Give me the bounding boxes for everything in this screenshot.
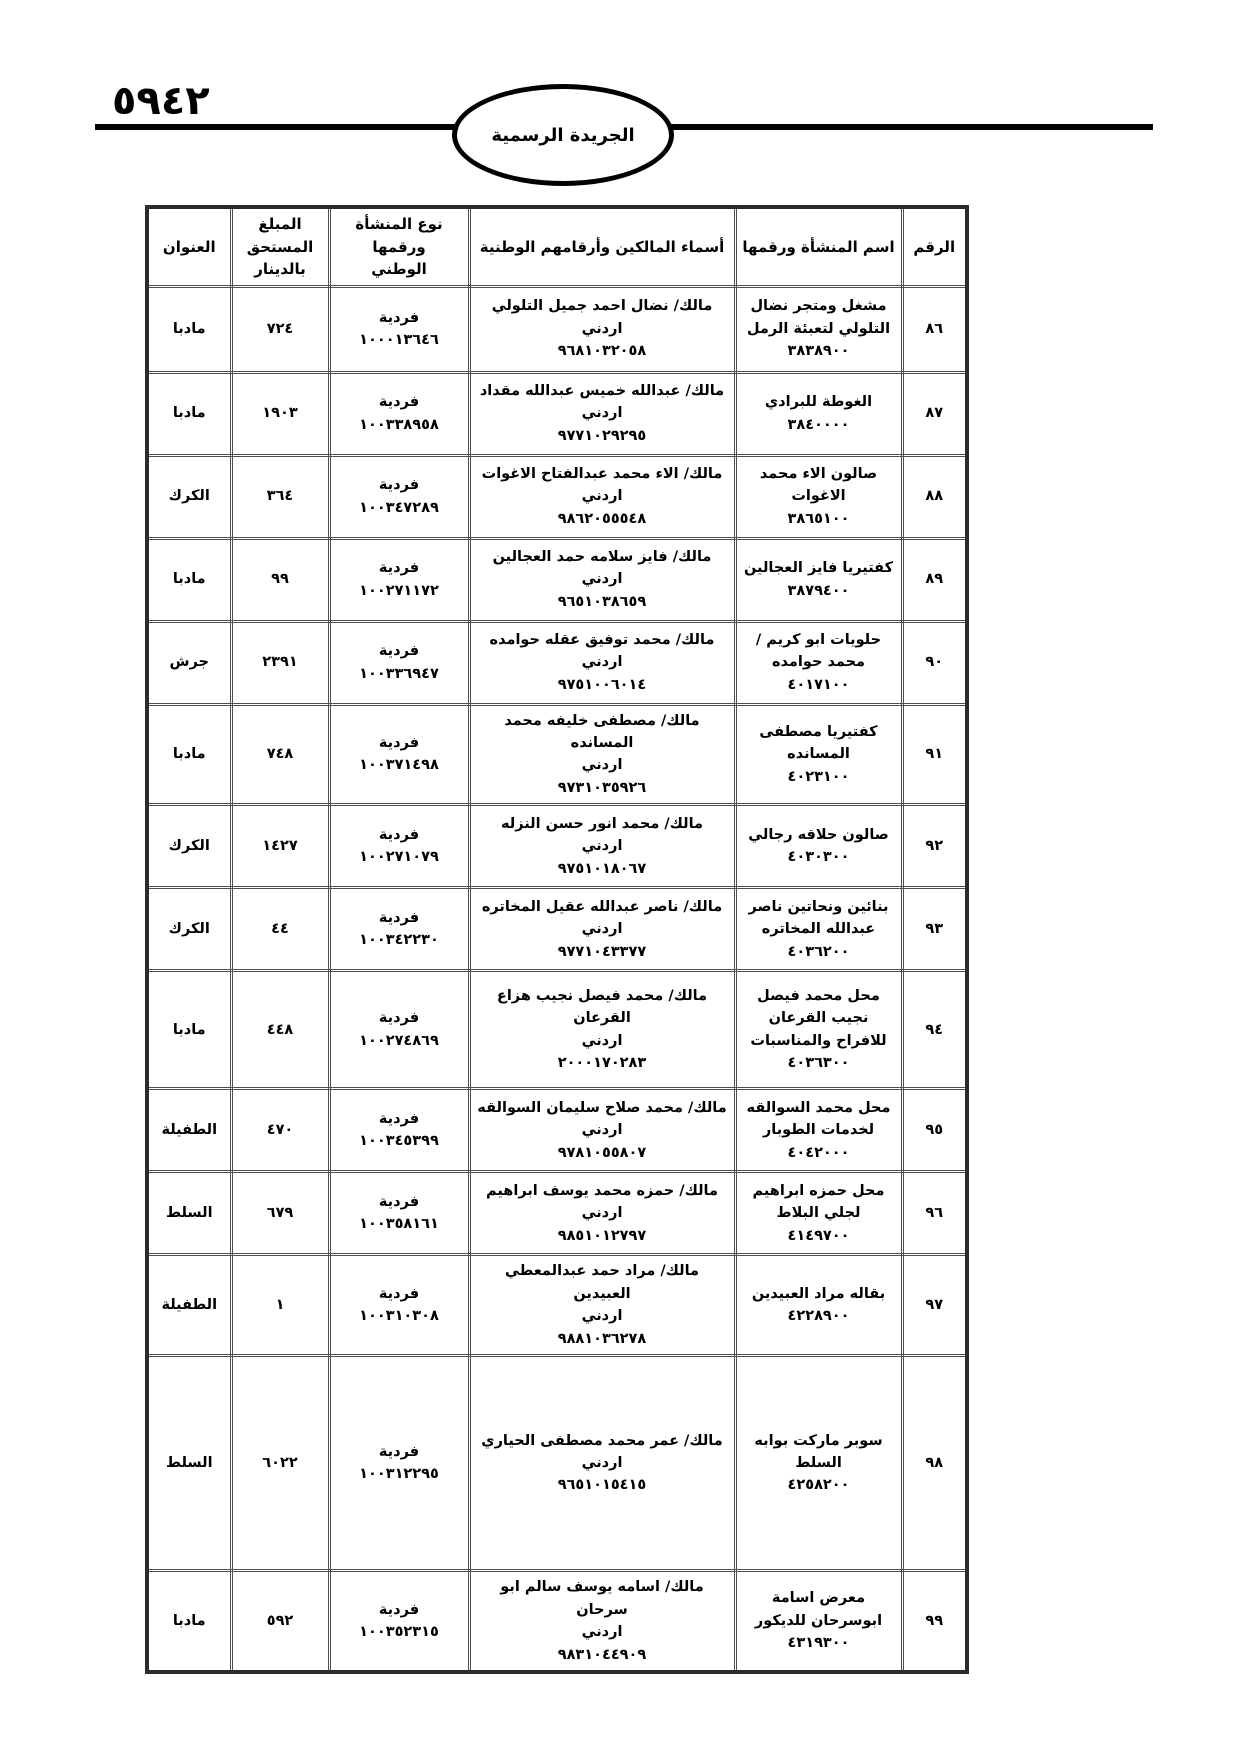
amount-cell-line: ٣٦٤: [238, 485, 323, 507]
amount-cell-line: ١: [238, 1294, 323, 1316]
row-number-cell-line: ٩٣: [909, 918, 961, 940]
establishment-cell: الغوطة للبرادي٣٨٤٠٠٠٠: [735, 372, 902, 455]
establishment-cell-line: ٣٨٦٥١٠٠: [742, 508, 896, 530]
table-row: ٩٠حلويات ابو كريم / محمد حوامده٤٠١٧١٠٠ما…: [147, 621, 967, 704]
header-establishment: اسم المنشأة ورقمها: [735, 207, 902, 286]
amount-cell-line: ٤٧٠: [238, 1119, 323, 1141]
address-cell-line: الكرك: [154, 485, 225, 507]
type-cell-line: ١٠٠٣١٠٣٠٨: [336, 1305, 463, 1327]
owner-cell-line: مالك/ محمد انور حسن النزله: [476, 813, 729, 835]
address-cell: الكرك: [147, 888, 231, 971]
amount-cell-line: ٥٩٢: [238, 1610, 323, 1632]
row-number-cell-line: ٩٦: [909, 1202, 961, 1224]
establishment-cell-line: ٤٠٤٢٠٠٠: [742, 1142, 896, 1164]
address-cell-line: مادبا: [154, 568, 225, 590]
type-cell: فردية١٠٠٣٣٦٩٤٧: [329, 621, 469, 704]
owner-cell-line: ٩٨٨١٠٣٦٢٧٨: [476, 1328, 729, 1350]
type-cell-line: ١٠٠٣٤٧٢٨٩: [336, 497, 463, 519]
type-cell: فردية١٠٠٣٥٨١٦١: [329, 1172, 469, 1255]
row-number-cell-line: ٨٨: [909, 485, 961, 507]
table-row: ٩٩معرض اسامة ابوسرحان للديكور٤٣١٩٣٠٠مالك…: [147, 1571, 967, 1672]
establishment-cell: محل محمد فيصل نجيب القرعان للافراح والمن…: [735, 971, 902, 1089]
owner-cell-line: ٩٦٥١٠١٥٤١٥: [476, 1474, 729, 1496]
address-cell-line: السلط: [154, 1202, 225, 1224]
address-cell-line: مادبا: [154, 318, 225, 340]
type-cell: فردية١٠٠٣١٠٣٠٨: [329, 1255, 469, 1356]
amount-cell: ٥٩٢: [231, 1571, 329, 1672]
row-number-cell-line: ٨٩: [909, 568, 961, 590]
amount-cell: ٧٤٨: [231, 704, 329, 805]
owner-cell-line: ٢٠٠٠١٧٠٢٨٣: [476, 1052, 729, 1074]
address-cell: الطفيلة: [147, 1089, 231, 1172]
type-cell-line: ١٠٠٢٧١٠٧٩: [336, 846, 463, 868]
owner-cell-line: ٩٧٣١٠٣٥٩٢٦: [476, 777, 729, 799]
type-cell: فردية١٠٠٣٣٨٩٥٨: [329, 372, 469, 455]
owner-cell-line: ٩٨٥١٠١٢٧٩٧: [476, 1225, 729, 1247]
table-row: ٨٦مشغل ومتجر نضال التلولي لتعبئة الرمل٣٨…: [147, 286, 967, 372]
type-cell: فردية١٠٠٢٧١١٧٢: [329, 538, 469, 621]
owner-cell-line: مالك/ محمد توفيق عقله حوامده: [476, 629, 729, 651]
amount-cell-line: ١٩٠٣: [238, 402, 323, 424]
establishment-cell: بنائين ونحاتين ناصر عبدالله المخاتره٤٠٣٦…: [735, 888, 902, 971]
row-number-cell-line: ٩٩: [909, 1610, 961, 1632]
owner-cell: مالك/ محمد فيصل نجيب هزاع القرعاناردني٢٠…: [469, 971, 735, 1089]
address-cell-line: مادبا: [154, 1610, 225, 1632]
establishment-cell: حلويات ابو كريم / محمد حوامده٤٠١٧١٠٠: [735, 621, 902, 704]
owner-cell-line: اردني: [476, 754, 729, 776]
table-row: ٨٧الغوطة للبرادي٣٨٤٠٠٠٠مالك/ عبدالله خمي…: [147, 372, 967, 455]
type-cell-line: فردية: [336, 1191, 463, 1213]
owner-cell-line: ٩٧٥١٠١٨٠٦٧: [476, 858, 729, 880]
row-number-cell-line: ٩٠: [909, 651, 961, 673]
establishment-cell-line: ٤٠١٧١٠٠: [742, 674, 896, 696]
establishment-cell: بقاله مراد العبيدين٤٢٢٨٩٠٠: [735, 1255, 902, 1356]
owner-cell-line: اردني: [476, 485, 729, 507]
owner-cell-line: اردني: [476, 1202, 729, 1224]
owner-cell: مالك/ الاء محمد عبدالفتاح الاغواتاردني٩٨…: [469, 455, 735, 538]
owner-cell: مالك/ محمد انور حسن النزلهاردني٩٧٥١٠١٨٠٦…: [469, 805, 735, 888]
address-cell-line: الكرك: [154, 918, 225, 940]
type-cell: فردية١٠٠٣٤٢٢٣٠: [329, 888, 469, 971]
owner-cell-line: اردني: [476, 1452, 729, 1474]
establishment-cell: معرض اسامة ابوسرحان للديكور٤٣١٩٣٠٠: [735, 1571, 902, 1672]
amount-cell: ٢٣٩١: [231, 621, 329, 704]
type-cell-line: فردية: [336, 474, 463, 496]
header-type: نوع المنشأة ورقمها الوطني: [329, 207, 469, 286]
owner-cell-line: مالك/ محمد صلاح سليمان السوالقه: [476, 1097, 729, 1119]
address-cell: جرش: [147, 621, 231, 704]
type-cell: فردية١٠٠٠١٣٦٤٦: [329, 286, 469, 372]
header-amount: المبلغ المستحق بالدينار: [231, 207, 329, 286]
amount-cell-line: ٧٢٤: [238, 318, 323, 340]
type-cell: فردية١٠٠٢٧١٠٧٩: [329, 805, 469, 888]
owner-cell-line: مالك/ نضال احمد جميل التلولي: [476, 295, 729, 317]
row-number-cell-line: ٨٧: [909, 402, 961, 424]
address-cell: مادبا: [147, 1571, 231, 1672]
establishment-cell-line: ٤٣١٩٣٠٠: [742, 1632, 896, 1654]
type-cell-line: فردية: [336, 732, 463, 754]
owner-cell-line: مالك/ حمزه محمد يوسف ابراهيم: [476, 1180, 729, 1202]
establishment-cell-line: كفتيريا مصطفى المسانده: [742, 721, 896, 766]
owner-cell: مالك/ نضال احمد جميل التلولياردني٩٦٨١٠٣٢…: [469, 286, 735, 372]
owner-cell-line: اردني: [476, 568, 729, 590]
table-body: ٨٦مشغل ومتجر نضال التلولي لتعبئة الرمل٣٨…: [147, 286, 967, 1672]
type-cell-line: فردية: [336, 391, 463, 413]
type-cell-line: ١٠٠٣١٢٢٩٥: [336, 1463, 463, 1485]
row-number-cell: ٨٩: [902, 538, 967, 621]
owner-cell-line: مالك/ مراد حمد عبدالمعطي العبيدين: [476, 1260, 729, 1305]
owner-cell-line: ٩٧٧١٠٤٣٣٧٧: [476, 941, 729, 963]
header-number: الرقم: [902, 207, 967, 286]
establishment-cell-line: ٣٨٤٠٠٠٠: [742, 414, 896, 436]
row-number-cell: ٩٥: [902, 1089, 967, 1172]
owner-cell-line: اردني: [476, 1030, 729, 1052]
row-number-cell: ٩٢: [902, 805, 967, 888]
row-number-cell: ٩٩: [902, 1571, 967, 1672]
row-number-cell: ٨٦: [902, 286, 967, 372]
table-row: ٩٢صالون حلاقه رجالي٤٠٣٠٣٠٠مالك/ محمد انو…: [147, 805, 967, 888]
owner-cell: مالك/ محمد توفيق عقله حوامدهاردني٩٧٥١٠٠٦…: [469, 621, 735, 704]
establishment-cell: مشغل ومتجر نضال التلولي لتعبئة الرمل٣٨٣٨…: [735, 286, 902, 372]
type-cell: فردية١٠٠٣١٢٢٩٥: [329, 1356, 469, 1571]
address-cell: السلط: [147, 1356, 231, 1571]
address-cell: مادبا: [147, 286, 231, 372]
establishment-cell: محل حمزه ابراهيم لجلي البلاط٤١٤٩٧٠٠: [735, 1172, 902, 1255]
type-cell: فردية١٠٠٢٧٤٨٦٩: [329, 971, 469, 1089]
establishment-cell-line: بقاله مراد العبيدين: [742, 1283, 896, 1305]
establishment-cell-line: ٤١٤٩٧٠٠: [742, 1225, 896, 1247]
type-cell-line: فردية: [336, 907, 463, 929]
type-cell-line: ١٠٠٣٤٥٣٩٩: [336, 1130, 463, 1152]
owner-cell-line: اردني: [476, 318, 729, 340]
row-number-cell: ٨٨: [902, 455, 967, 538]
type-cell-line: ١٠٠٣٥٨١٦١: [336, 1213, 463, 1235]
amount-cell: ٣٦٤: [231, 455, 329, 538]
table-row: ٨٨صالون الاء محمد الاغوات٣٨٦٥١٠٠مالك/ ال…: [147, 455, 967, 538]
owner-cell-line: مالك/ محمد فيصل نجيب هزاع القرعان: [476, 985, 729, 1030]
type-cell-line: فردية: [336, 557, 463, 579]
owner-cell-line: اردني: [476, 1119, 729, 1141]
owner-cell-line: ٩٧٨١٠٥٥٨٠٧: [476, 1142, 729, 1164]
row-number-cell-line: ٩٤: [909, 1019, 961, 1041]
owner-cell: مالك/ ناصر عبدالله عقيل المخاترهاردني٩٧٧…: [469, 888, 735, 971]
type-cell-line: فردية: [336, 1599, 463, 1621]
row-number-cell-line: ٩٢: [909, 835, 961, 857]
owner-cell-line: ٩٦٥١٠٣٨٦٥٩: [476, 591, 729, 613]
address-cell: مادبا: [147, 538, 231, 621]
address-cell-line: مادبا: [154, 402, 225, 424]
amount-cell-line: ٩٩: [238, 568, 323, 590]
owner-cell-line: مالك/ عمر محمد مصطفى الحياري: [476, 1430, 729, 1452]
owner-cell: مالك/ مراد حمد عبدالمعطي العبيديناردني٩٨…: [469, 1255, 735, 1356]
establishment-cell: محل محمد السوالقه لخدمات الطوبار٤٠٤٢٠٠٠: [735, 1089, 902, 1172]
type-cell: فردية١٠٠٣٥٢٣١٥: [329, 1571, 469, 1672]
address-cell-line: الطفيلة: [154, 1294, 225, 1316]
table-row: ٩٥محل محمد السوالقه لخدمات الطوبار٤٠٤٢٠٠…: [147, 1089, 967, 1172]
establishment-cell: صالون حلاقه رجالي٤٠٣٠٣٠٠: [735, 805, 902, 888]
owner-cell: مالك/ مصطفى خليفه محمد المساندهاردني٩٧٣١…: [469, 704, 735, 805]
type-cell-line: ١٠٠٢٧١١٧٢: [336, 580, 463, 602]
address-cell-line: الطفيلة: [154, 1119, 225, 1141]
owner-cell-line: ٩٦٨١٠٣٢٠٥٨: [476, 340, 729, 362]
establishment-cell-line: ٤٠٢٣١٠٠: [742, 766, 896, 788]
table-row: ٩٧بقاله مراد العبيدين٤٢٢٨٩٠٠مالك/ مراد ح…: [147, 1255, 967, 1356]
table-row: ٩١كفتيريا مصطفى المسانده٤٠٢٣١٠٠مالك/ مصط…: [147, 704, 967, 805]
establishment-cell-line: بنائين ونحاتين ناصر عبدالله المخاتره: [742, 896, 896, 941]
address-cell: مادبا: [147, 971, 231, 1089]
establishment-cell-line: محل محمد السوالقه لخدمات الطوبار: [742, 1097, 896, 1142]
type-cell-line: فردية: [336, 307, 463, 329]
amount-cell: ٧٢٤: [231, 286, 329, 372]
establishment-cell-line: ٤٠٣٦٢٠٠: [742, 941, 896, 963]
type-cell-line: ١٠٠٣٥٢٣١٥: [336, 1621, 463, 1643]
table-row: ٩٣بنائين ونحاتين ناصر عبدالله المخاتره٤٠…: [147, 888, 967, 971]
address-cell-line: السلط: [154, 1452, 225, 1474]
owner-cell-line: ٩٧٧١٠٢٩٢٩٥: [476, 425, 729, 447]
owner-cell-line: اردني: [476, 651, 729, 673]
establishments-table: الرقم اسم المنشأة ورقمها أسماء المالكين …: [145, 205, 969, 1674]
row-number-cell: ٩٠: [902, 621, 967, 704]
establishment-cell-line: معرض اسامة ابوسرحان للديكور: [742, 1587, 896, 1632]
owner-cell: مالك/ اسامه يوسف سالم ابو سرحاناردني٩٨٣١…: [469, 1571, 735, 1672]
establishment-cell: كفتيريا فايز العجالين٣٨٧٩٤٠٠: [735, 538, 902, 621]
gazette-page: ٥٩٤٢ الجريدة الرسمية الرقم اسم المنشأة و…: [0, 0, 1241, 1754]
amount-cell-line: ١٤٢٧: [238, 835, 323, 857]
amount-cell: ١٤٢٧: [231, 805, 329, 888]
address-cell: السلط: [147, 1172, 231, 1255]
establishment-cell-line: كفتيريا فايز العجالين: [742, 557, 896, 579]
table-row: ٩٦محل حمزه ابراهيم لجلي البلاط٤١٤٩٧٠٠مال…: [147, 1172, 967, 1255]
amount-cell: ٩٩: [231, 538, 329, 621]
amount-cell: ١: [231, 1255, 329, 1356]
owner-cell-line: مالك/ مصطفى خليفه محمد المسانده: [476, 710, 729, 755]
type-cell-line: ١٠٠٣٧١٤٩٨: [336, 754, 463, 776]
address-cell: الكرك: [147, 455, 231, 538]
type-cell-line: ١٠٠٣٣٨٩٥٨: [336, 414, 463, 436]
address-cell: الطفيلة: [147, 1255, 231, 1356]
address-cell: الكرك: [147, 805, 231, 888]
type-cell-line: ١٠٠٢٧٤٨٦٩: [336, 1030, 463, 1052]
table-row: ٩٤محل محمد فيصل نجيب القرعان للافراح وال…: [147, 971, 967, 1089]
address-cell-line: الكرك: [154, 835, 225, 857]
type-cell-line: فردية: [336, 824, 463, 846]
header-owners: أسماء المالكين وأرقامهم الوطنية: [469, 207, 735, 286]
address-cell-line: مادبا: [154, 1019, 225, 1041]
table-row: ٩٨سوبر ماركت بوابه السلط٤٢٥٨٢٠٠مالك/ عمر…: [147, 1356, 967, 1571]
owner-cell-line: اردني: [476, 1305, 729, 1327]
row-number-cell-line: ٩٥: [909, 1119, 961, 1141]
owner-cell: مالك/ فايز سلامه حمد العجاليناردني٩٦٥١٠٣…: [469, 538, 735, 621]
amount-cell-line: ٤٤: [238, 918, 323, 940]
row-number-cell-line: ٨٦: [909, 318, 961, 340]
establishment-cell-line: محل حمزه ابراهيم لجلي البلاط: [742, 1180, 896, 1225]
establishment-cell: صالون الاء محمد الاغوات٣٨٦٥١٠٠: [735, 455, 902, 538]
type-cell-line: ١٠٠٣٤٢٢٣٠: [336, 929, 463, 951]
amount-cell: ١٩٠٣: [231, 372, 329, 455]
establishment-cell: سوبر ماركت بوابه السلط٤٢٥٨٢٠٠: [735, 1356, 902, 1571]
page-number: ٥٩٤٢: [112, 78, 210, 124]
establishment-cell-line: ٤٠٣٦٣٠٠: [742, 1052, 896, 1074]
type-cell: فردية١٠٠٣٤٧٢٨٩: [329, 455, 469, 538]
amount-cell: ٤٧٠: [231, 1089, 329, 1172]
address-cell-line: جرش: [154, 651, 225, 673]
row-number-cell: ٩١: [902, 704, 967, 805]
row-number-cell-line: ٩٧: [909, 1294, 961, 1316]
row-number-cell: ٩٤: [902, 971, 967, 1089]
table-header-row: الرقم اسم المنشأة ورقمها أسماء المالكين …: [147, 207, 967, 286]
owner-cell-line: مالك/ اسامه يوسف سالم ابو سرحان: [476, 1576, 729, 1621]
table-row: ٨٩كفتيريا فايز العجالين٣٨٧٩٤٠٠مالك/ فايز…: [147, 538, 967, 621]
type-cell-line: فردية: [336, 1441, 463, 1463]
owner-cell-line: اردني: [476, 918, 729, 940]
type-cell-line: فردية: [336, 1108, 463, 1130]
establishment-cell-line: ٣٨٧٩٤٠٠: [742, 580, 896, 602]
owner-cell-line: اردني: [476, 402, 729, 424]
row-number-cell: ٩٧: [902, 1255, 967, 1356]
owner-cell-line: ٩٨٦٢٠٥٥٥٤٨: [476, 508, 729, 530]
amount-cell: ٤٤٨: [231, 971, 329, 1089]
owner-cell-line: ٩٧٥١٠٠٦٠١٤: [476, 674, 729, 696]
owner-cell-line: مالك/ فايز سلامه حمد العجالين: [476, 546, 729, 568]
establishment-cell-line: سوبر ماركت بوابه السلط: [742, 1430, 896, 1475]
address-cell: مادبا: [147, 372, 231, 455]
owner-cell: مالك/ عمر محمد مصطفى الحيارياردني٩٦٥١٠١٥…: [469, 1356, 735, 1571]
header-address: العنوان: [147, 207, 231, 286]
owner-cell-line: اردني: [476, 1621, 729, 1643]
amount-cell: ٦٧٩: [231, 1172, 329, 1255]
type-cell-line: فردية: [336, 1007, 463, 1029]
owner-cell-line: اردني: [476, 835, 729, 857]
row-number-cell: ٨٧: [902, 372, 967, 455]
type-cell-line: فردية: [336, 640, 463, 662]
establishment-cell-line: حلويات ابو كريم / محمد حوامده: [742, 629, 896, 674]
amount-cell-line: ٧٤٨: [238, 743, 323, 765]
establishment-cell-line: صالون الاء محمد الاغوات: [742, 463, 896, 508]
amount-cell-line: ٦٠٢٢: [238, 1452, 323, 1474]
establishment-cell-line: صالون حلاقه رجالي: [742, 824, 896, 846]
gazette-title: الجريدة الرسمية: [491, 125, 634, 146]
row-number-cell: ٩٦: [902, 1172, 967, 1255]
establishment-cell-line: محل محمد فيصل نجيب القرعان للافراح والمن…: [742, 985, 896, 1052]
amount-cell-line: ٢٣٩١: [238, 651, 323, 673]
amount-cell-line: ٦٧٩: [238, 1202, 323, 1224]
gazette-seal-ellipse: الجريدة الرسمية: [452, 84, 674, 186]
type-cell: فردية١٠٠٣٤٥٣٩٩: [329, 1089, 469, 1172]
type-cell: فردية١٠٠٣٧١٤٩٨: [329, 704, 469, 805]
type-cell-line: ١٠٠٠١٣٦٤٦: [336, 329, 463, 351]
row-number-cell: ٩٨: [902, 1356, 967, 1571]
owner-cell: مالك/ حمزه محمد يوسف ابراهيماردني٩٨٥١٠١٢…: [469, 1172, 735, 1255]
owner-cell: مالك/ عبدالله خميس عبدالله مقداداردني٩٧٧…: [469, 372, 735, 455]
establishment-cell-line: ٤٠٣٠٣٠٠: [742, 846, 896, 868]
owner-cell-line: مالك/ ناصر عبدالله عقيل المخاتره: [476, 896, 729, 918]
establishment-cell-line: الغوطة للبرادي: [742, 391, 896, 413]
address-cell-line: مادبا: [154, 743, 225, 765]
establishment-cell-line: ٤٢٥٨٢٠٠: [742, 1474, 896, 1496]
establishment-cell-line: ٣٨٣٨٩٠٠: [742, 340, 896, 362]
row-number-cell: ٩٣: [902, 888, 967, 971]
owner-cell: مالك/ محمد صلاح سليمان السوالقهاردني٩٧٨١…: [469, 1089, 735, 1172]
owner-cell-line: ٩٨٣١٠٤٤٩٠٩: [476, 1644, 729, 1666]
type-cell-line: ١٠٠٣٣٦٩٤٧: [336, 663, 463, 685]
owner-cell-line: مالك/ الاء محمد عبدالفتاح الاغوات: [476, 463, 729, 485]
establishment-cell: كفتيريا مصطفى المسانده٤٠٢٣١٠٠: [735, 704, 902, 805]
amount-cell: ٦٠٢٢: [231, 1356, 329, 1571]
establishment-cell-line: مشغل ومتجر نضال التلولي لتعبئة الرمل: [742, 295, 896, 340]
owner-cell-line: مالك/ عبدالله خميس عبدالله مقداد: [476, 380, 729, 402]
row-number-cell-line: ٩٨: [909, 1452, 961, 1474]
type-cell-line: فردية: [336, 1283, 463, 1305]
address-cell: مادبا: [147, 704, 231, 805]
amount-cell: ٤٤: [231, 888, 329, 971]
establishment-cell-line: ٤٢٢٨٩٠٠: [742, 1305, 896, 1327]
row-number-cell-line: ٩١: [909, 743, 961, 765]
amount-cell-line: ٤٤٨: [238, 1019, 323, 1041]
